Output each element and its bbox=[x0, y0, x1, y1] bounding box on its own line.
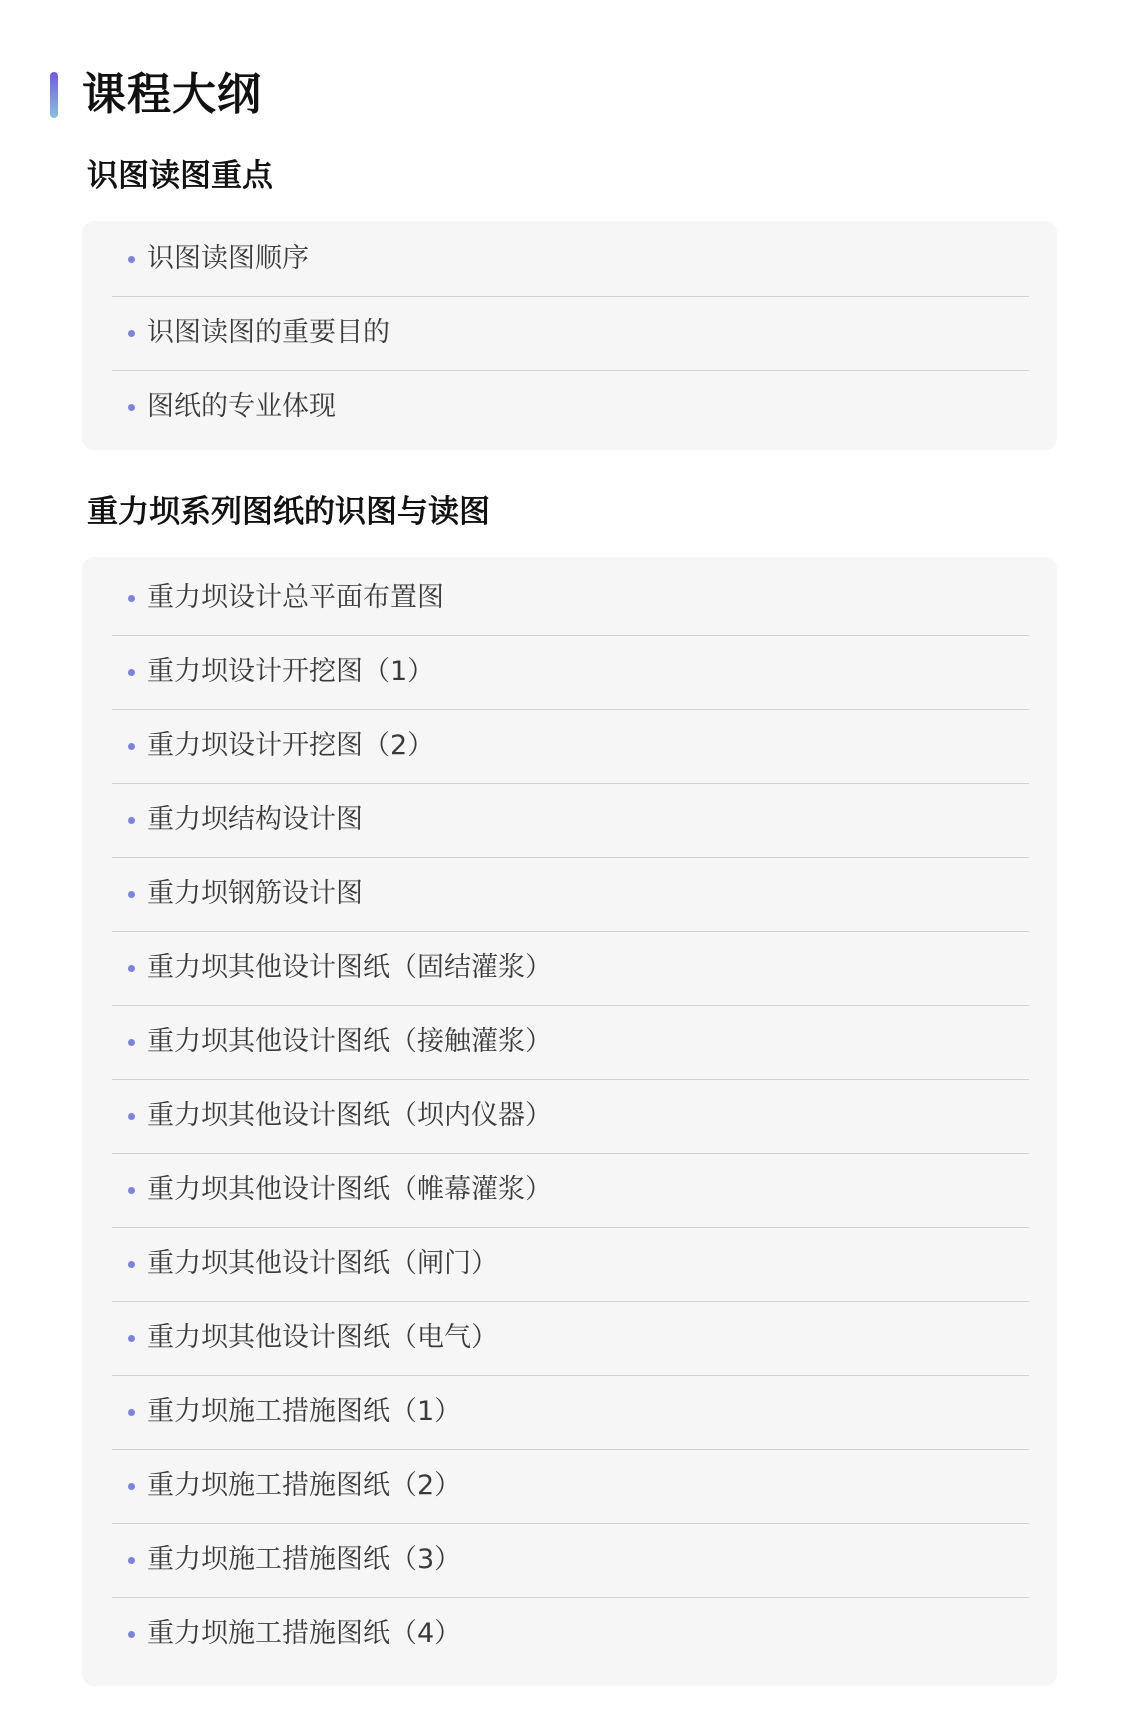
list-item[interactable]: 重力坝施工措施图纸（4） bbox=[82, 1597, 1057, 1671]
list-item-label: 重力坝结构设计图 bbox=[147, 802, 363, 838]
list-item[interactable]: 识图读图顺序 bbox=[82, 222, 1057, 296]
list-item[interactable]: 重力坝其他设计图纸（帷幕灌浆） bbox=[82, 1153, 1057, 1227]
list-item[interactable]: 重力坝设计总平面布置图 bbox=[82, 561, 1057, 635]
outline-card: 识图读图顺序 识图读图的重要目的 图纸的专业体现 bbox=[82, 221, 1057, 450]
list-item-label: 重力坝其他设计图纸（坝内仪器） bbox=[147, 1098, 552, 1134]
list-item-label: 图纸的专业体现 bbox=[147, 389, 336, 425]
page-title: 课程大纲 bbox=[82, 66, 262, 124]
bullet-icon bbox=[128, 1113, 135, 1120]
bullet-icon bbox=[128, 256, 135, 263]
list-item[interactable]: 重力坝施工措施图纸（1） bbox=[82, 1375, 1057, 1449]
list-item[interactable]: 重力坝结构设计图 bbox=[82, 783, 1057, 857]
list-item-label: 重力坝其他设计图纸（闸门） bbox=[147, 1246, 498, 1282]
list-item-label: 重力坝其他设计图纸（帷幕灌浆） bbox=[147, 1172, 552, 1208]
list-item-label: 重力坝其他设计图纸（接触灌浆） bbox=[147, 1024, 552, 1060]
bullet-icon bbox=[128, 891, 135, 898]
list-item[interactable]: 识图读图的重要目的 bbox=[82, 296, 1057, 370]
list-item-label: 重力坝设计总平面布置图 bbox=[147, 580, 444, 616]
list-item[interactable]: 重力坝设计开挖图（1） bbox=[82, 635, 1057, 709]
bullet-icon bbox=[128, 1631, 135, 1638]
list-item[interactable]: 重力坝其他设计图纸（接触灌浆） bbox=[82, 1005, 1057, 1079]
list-item[interactable]: 重力坝其他设计图纸（闸门） bbox=[82, 1227, 1057, 1301]
bullet-icon bbox=[128, 1483, 135, 1490]
list-item[interactable]: 图纸的专业体现 bbox=[82, 370, 1057, 444]
list-item-label: 识图读图的重要目的 bbox=[147, 315, 390, 351]
list-item[interactable]: 重力坝其他设计图纸（固结灌浆） bbox=[82, 931, 1057, 1005]
bullet-icon bbox=[128, 743, 135, 750]
list-item-label: 重力坝钢筋设计图 bbox=[147, 876, 363, 912]
section-reading-focus: 识图读图重点 识图读图顺序 识图读图的重要目的 图纸的专业体现 bbox=[82, 156, 1057, 196]
list-item[interactable]: 重力坝钢筋设计图 bbox=[82, 857, 1057, 931]
list-item-label: 重力坝施工措施图纸（4） bbox=[147, 1616, 461, 1652]
bullet-icon bbox=[128, 1557, 135, 1564]
section-gravity-dam-drawings: 重力坝系列图纸的识图与读图 重力坝设计总平面布置图 重力坝设计开挖图（1） 重力… bbox=[82, 492, 1057, 532]
list-item[interactable]: 重力坝施工措施图纸（3） bbox=[82, 1523, 1057, 1597]
list-item-label: 重力坝设计开挖图（2） bbox=[147, 728, 434, 764]
list-item-label: 识图读图顺序 bbox=[147, 241, 309, 277]
bullet-icon bbox=[128, 404, 135, 411]
list-item[interactable]: 重力坝其他设计图纸（坝内仪器） bbox=[82, 1079, 1057, 1153]
section-title: 识图读图重点 bbox=[87, 156, 1057, 196]
list-item-label: 重力坝其他设计图纸（固结灌浆） bbox=[147, 950, 552, 986]
page-header: 课程大纲 bbox=[50, 66, 262, 124]
bullet-icon bbox=[128, 1409, 135, 1416]
list-item[interactable]: 重力坝其他设计图纸（电气） bbox=[82, 1301, 1057, 1375]
section-title: 重力坝系列图纸的识图与读图 bbox=[87, 492, 1057, 532]
accent-bar bbox=[50, 72, 58, 118]
bullet-icon bbox=[128, 330, 135, 337]
list-item-label: 重力坝施工措施图纸（2） bbox=[147, 1468, 461, 1504]
bullet-icon bbox=[128, 1039, 135, 1046]
bullet-icon bbox=[128, 595, 135, 602]
list-item-label: 重力坝施工措施图纸（1） bbox=[147, 1394, 461, 1430]
list-item-label: 重力坝设计开挖图（1） bbox=[147, 654, 434, 690]
bullet-icon bbox=[128, 1187, 135, 1194]
bullet-icon bbox=[128, 669, 135, 676]
bullet-icon bbox=[128, 965, 135, 972]
list-item-label: 重力坝施工措施图纸（3） bbox=[147, 1542, 461, 1578]
list-item[interactable]: 重力坝设计开挖图（2） bbox=[82, 709, 1057, 783]
bullet-icon bbox=[128, 1335, 135, 1342]
bullet-icon bbox=[128, 817, 135, 824]
outline-card: 重力坝设计总平面布置图 重力坝设计开挖图（1） 重力坝设计开挖图（2） 重力坝结… bbox=[82, 557, 1057, 1686]
list-item[interactable]: 重力坝施工措施图纸（2） bbox=[82, 1449, 1057, 1523]
list-item-label: 重力坝其他设计图纸（电气） bbox=[147, 1320, 498, 1356]
bullet-icon bbox=[128, 1261, 135, 1268]
